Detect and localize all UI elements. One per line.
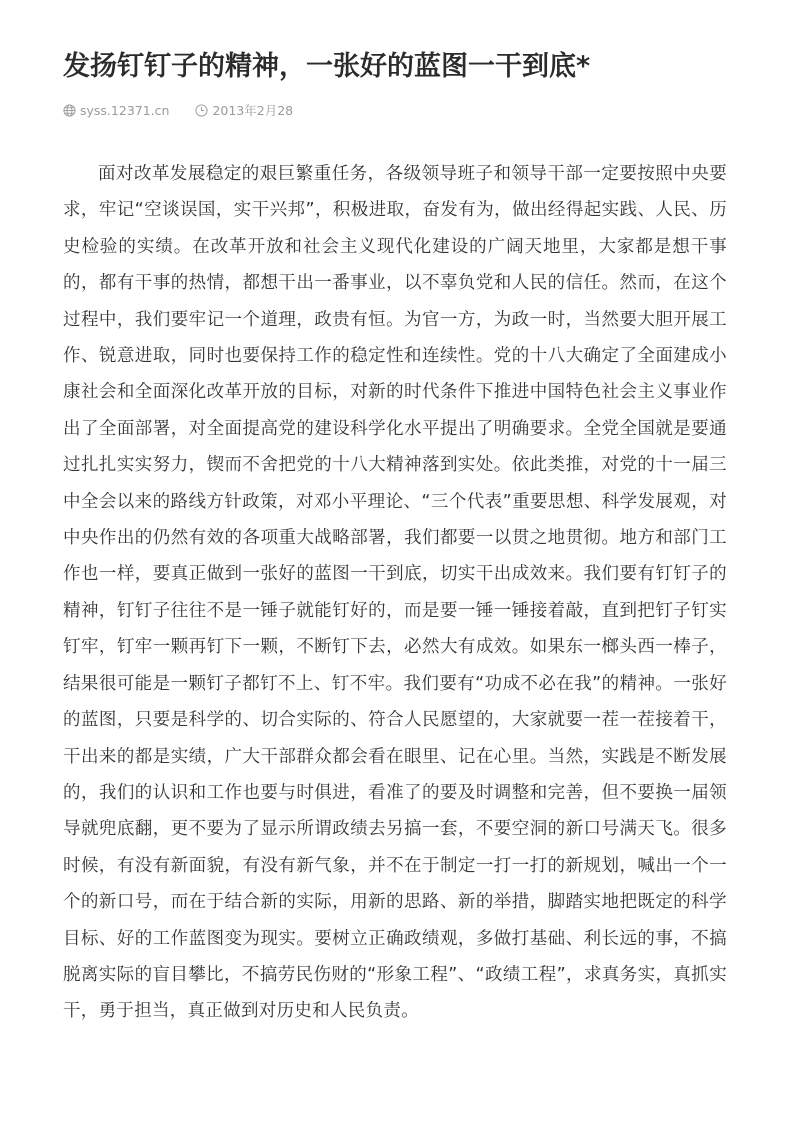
date-meta: 2013年2月28 <box>195 101 293 119</box>
article-meta: syss.12371.cn 2013年2月28 <box>63 100 727 120</box>
clock-icon <box>195 104 208 117</box>
source-meta: syss.12371.cn <box>63 103 169 118</box>
globe-icon <box>63 104 76 117</box>
source-link[interactable]: syss.12371.cn <box>80 103 169 118</box>
article: 发扬钉钉子的精神，一张好的蓝图一干到底* syss.12371.cn <box>0 0 727 1030</box>
article-paragraph: 面对改革发展稳定的艰巨繁重任务，各级领导班子和领导干部一定要按照中央要求，牢记“… <box>63 156 727 1030</box>
publish-date: 2013年2月28 <box>212 101 293 119</box>
article-title: 发扬钉钉子的精神，一张好的蓝图一干到底* <box>63 0 727 87</box>
